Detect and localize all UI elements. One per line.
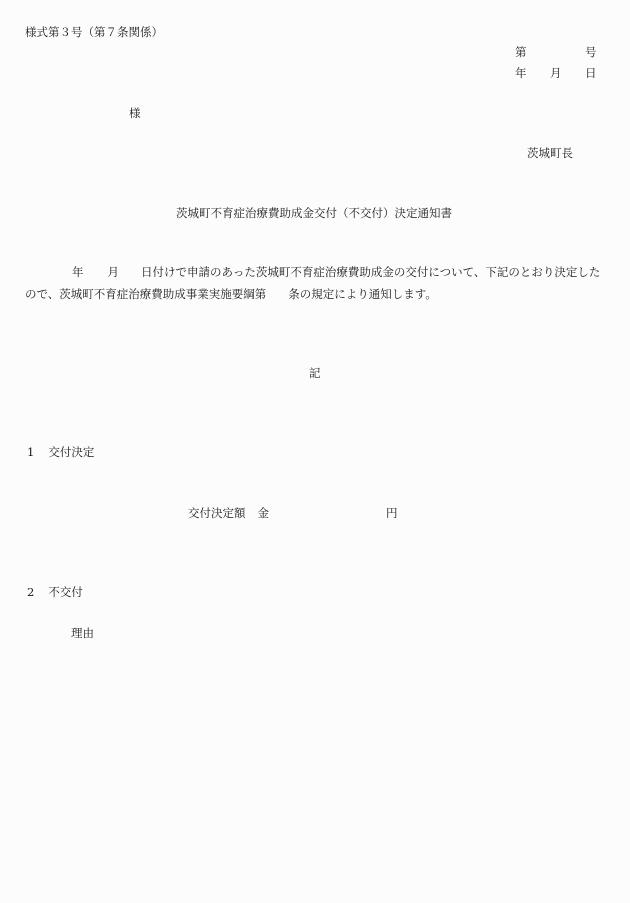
document-title: 茨城町不育症治療費助成金交付（不交付）決定通知書 — [176, 208, 452, 220]
ki-heading: 記 — [309, 368, 321, 380]
number-prefix: 第 — [515, 47, 527, 59]
body-year: 年 — [72, 265, 84, 279]
issuer: 茨城町長 — [527, 148, 573, 160]
addressee-suffix: 様 — [129, 108, 141, 120]
section-1-title: 交付決定 — [48, 445, 94, 459]
section-2-number: 2 — [27, 585, 34, 599]
date-day: 日 — [585, 68, 597, 80]
number-suffix: 号 — [585, 47, 597, 59]
form-label: 様式第３号（第７条関係） — [25, 27, 163, 39]
body-line-2-after: 条の規定により通知します。 — [288, 287, 437, 301]
date-year: 年 — [515, 68, 527, 80]
body-line-2-before: ので、茨城町不育症治療費助成事業実施要綱第 — [25, 287, 266, 301]
body-line-1: 年月日付けで申請のあった茨城町不育症治療費助成金の交付について、下記のとおり決定… — [72, 267, 600, 279]
date-month: 月 — [550, 68, 562, 80]
amount-line: 交付決定額金 — [188, 508, 269, 520]
section-1-number: 1 — [27, 445, 34, 459]
section-1-heading: 1交付決定 — [27, 447, 94, 459]
section-2-heading: 2不交付 — [27, 587, 83, 599]
reason-label: 理由 — [71, 628, 94, 640]
body-line-2: ので、茨城町不育症治療費助成事業実施要綱第条の規定により通知します。 — [25, 289, 437, 301]
body-month: 月 — [108, 265, 120, 279]
section-2-title: 不交付 — [48, 585, 83, 599]
amount-kin: 金 — [258, 506, 270, 520]
amount-yen: 円 — [386, 508, 398, 520]
body-line-1-text: 日付けで申請のあった茨城町不育症治療費助成金の交付について、下記のとおり決定した — [141, 265, 600, 279]
amount-label: 交付決定額 — [188, 506, 246, 520]
